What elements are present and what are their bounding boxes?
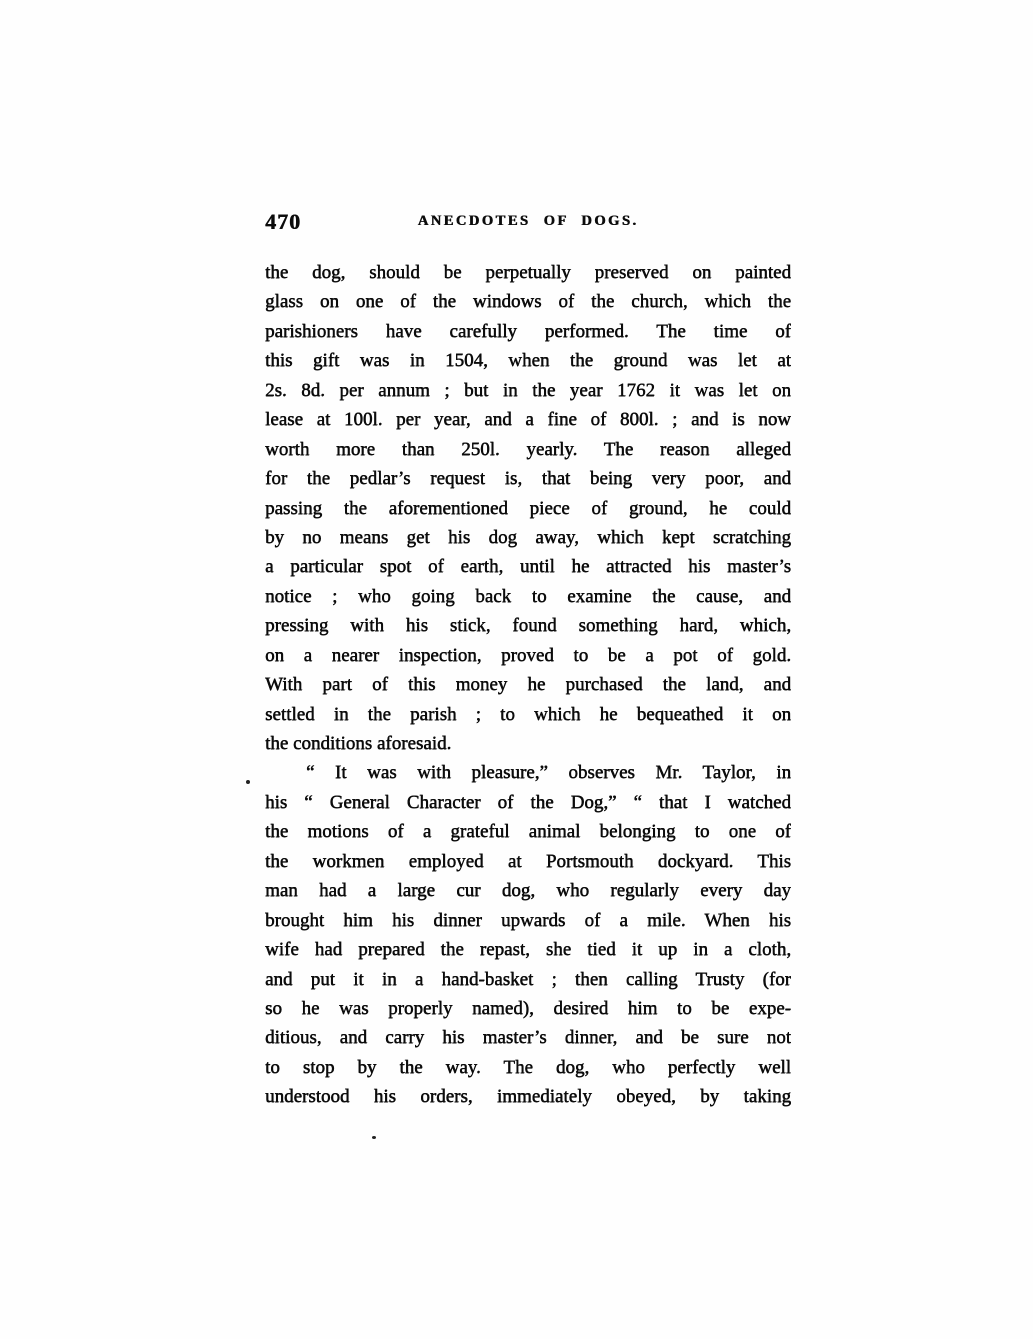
text-line: notice ; who going back to examine the c…	[265, 582, 791, 611]
text-line: man had a large cur dog, who regularly e…	[265, 876, 791, 905]
text-line: for the pedlar’s request is, that being …	[265, 464, 791, 493]
text-line: the workmen employed at Portsmouth docky…	[265, 847, 791, 876]
text-line: by no means get his dog away, which kept…	[265, 523, 791, 552]
text-line: worth more than 250l. yearly. The reason…	[265, 435, 791, 464]
ink-speck	[246, 780, 250, 784]
text-line: pressing with his stick, found something…	[265, 611, 791, 640]
ink-speck	[372, 1136, 376, 1139]
text-line: ditious, and carry his master’s dinner, …	[265, 1023, 791, 1052]
text-line: wife had prepared the repast, she tied i…	[265, 935, 791, 964]
text-line: a particular spot of earth, until he att…	[265, 552, 791, 581]
text-line: With part of this money he purchased the…	[265, 670, 791, 699]
text-line: to stop by the way. The dog, who perfect…	[265, 1053, 791, 1082]
text-line: the dog, should be perpetually preserved…	[265, 258, 791, 287]
text-line: the motions of a grateful animal belongi…	[265, 817, 791, 846]
text-line: on a nearer inspection, proved to be a p…	[265, 641, 791, 670]
text-line: 2s. 8d. per annum ; but in the year 1762…	[265, 376, 791, 405]
text-line: brought him his dinner upwards of a mile…	[265, 906, 791, 935]
text-line: the conditions aforesaid.	[265, 729, 791, 758]
text-line: his “ General Character of the Dog,” “ t…	[265, 788, 791, 817]
text-line: lease at 100l. per year, and a fine of 8…	[265, 405, 791, 434]
running-title: ANECDOTES OF DOGS.	[265, 213, 791, 230]
book-page: 470 ANECDOTES OF DOGS. the dog, should b…	[0, 0, 1033, 1339]
text-line: and put it in a hand-basket ; then calli…	[265, 965, 791, 994]
text-line: understood his orders, immediately obeye…	[265, 1082, 791, 1111]
text-line: passing the aforementioned piece of grou…	[265, 494, 791, 523]
text-line: so he was properly named), desired him t…	[265, 994, 791, 1023]
text-line: parishioners have carefully performed. T…	[265, 317, 791, 346]
text-line: settled in the parish ; to which he bequ…	[265, 700, 791, 729]
body-text: the dog, should be perpetually preserved…	[265, 258, 791, 1112]
text-line: this gift was in 1504, when the ground w…	[265, 346, 791, 375]
text-line: “ It was with pleasure,” observes Mr. Ta…	[265, 758, 791, 787]
text-line: glass on one of the windows of the churc…	[265, 287, 791, 316]
page-header: 470 ANECDOTES OF DOGS.	[265, 209, 791, 235]
